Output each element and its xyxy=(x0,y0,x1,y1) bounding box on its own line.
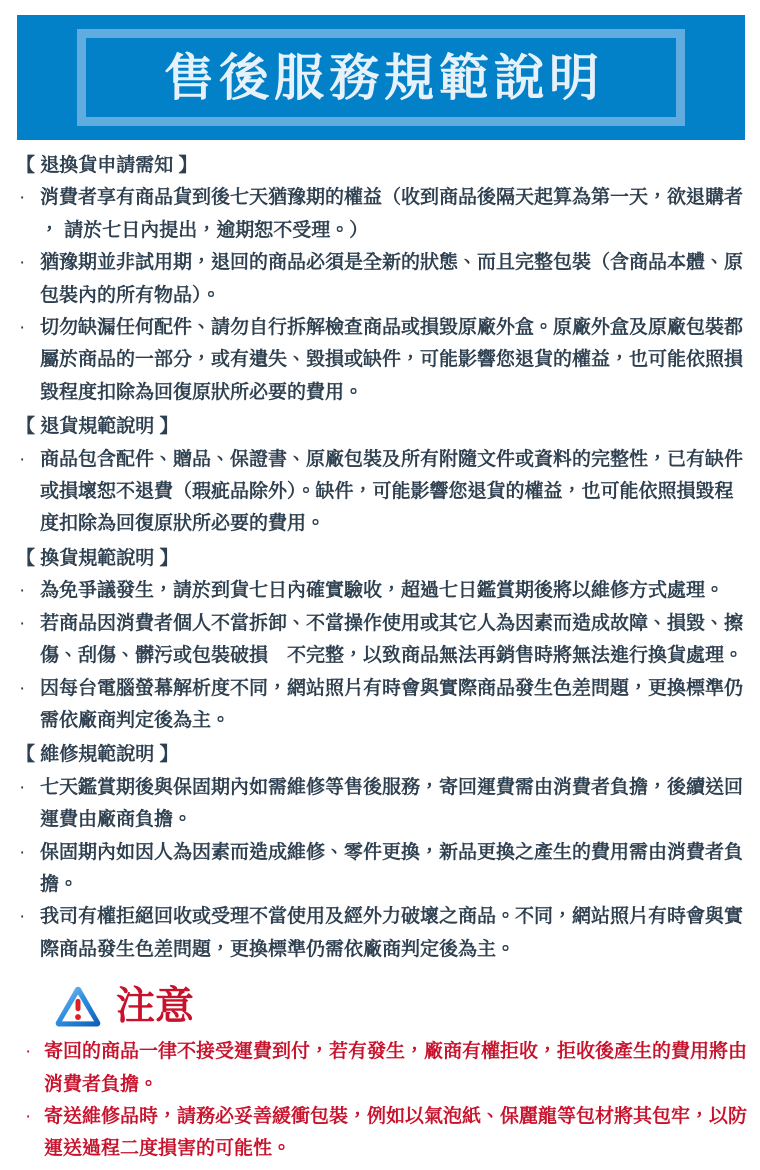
section-return-policy: 【 退貨規範說明 】 · 商品包含配件、贈品、保證書、原廠包裝及所有附隨文件或資… xyxy=(16,411,752,541)
list-item-text: 為免爭議發生，請於到貨七日內確實驗收，超過七日鑑賞期後將以維修方式處理。 xyxy=(40,575,752,607)
list-item: · 保固期內如因人為因素而造成維修、零件更換，新品更換之產生的費用需由消費者負 … xyxy=(16,837,752,902)
section-heading: 【 換貨規範說明 】 xyxy=(16,543,752,575)
list-item-text: 因每台電腦螢幕解析度不同，網站照片有時會與實際商品發生色差問題，更換標準仍 需依… xyxy=(40,673,752,738)
list-item-text: 商品包含配件、贈品、保證書、原廠包裝及所有附隨文件或資料的完整性，已有缺件 或損… xyxy=(40,444,752,541)
list-item: · 因每台電腦螢幕解析度不同，網站照片有時會與實際商品發生色差問題，更換標準仍 … xyxy=(16,673,752,738)
bullet-dot-icon: · xyxy=(25,1101,31,1133)
notice-list-item: · 寄回的商品一律不接受運費到付，若有發生，廠商有權拒收，拒收後產生的費用將由 … xyxy=(16,1036,752,1101)
notice-title: 注意 xyxy=(116,987,194,1026)
notice-item-text: 寄回的商品一律不接受運費到付，若有發生，廠商有權拒收，拒收後產生的費用將由 消費… xyxy=(44,1036,752,1101)
bullet-dot-icon: · xyxy=(19,772,25,804)
list-item-text: 我司有權拒絕回收或受理不當使用及經外力破壞之商品。不同，網站照片有時會與實 際商… xyxy=(40,901,752,966)
bullet-dot-icon: · xyxy=(19,312,25,344)
policy-body: 【 退換貨申請需知 】 · 消費者享有商品貨到後七天猶豫期的權益（收到商品後隔天… xyxy=(0,140,760,1166)
section-heading: 【 退貨規範說明 】 xyxy=(16,411,752,443)
section-repair-policy: 【 維修規範說明 】 · 七天鑑賞期後與保固期內如需維修等售後服務，寄回運費需由… xyxy=(16,739,752,966)
list-item: · 商品包含配件、贈品、保證書、原廠包裝及所有附隨文件或資料的完整性，已有缺件 … xyxy=(16,444,752,541)
list-item-text: 消費者享有商品貨到後七天猶豫期的權益（收到商品後隔天起算為第一天，欲退購者 ， … xyxy=(40,182,752,247)
bullet-dot-icon: · xyxy=(25,1036,31,1068)
list-item-text: 保固期內如因人為因素而造成維修、零件更換，新品更換之產生的費用需由消費者負 擔。 xyxy=(40,837,752,902)
banner-title-box: 售後服務規範說明 xyxy=(77,29,685,126)
list-item: · 為免爭議發生，請於到貨七日內確實驗收，超過七日鑑賞期後將以維修方式處理。 xyxy=(16,575,752,607)
notice-section: 注意 · 寄回的商品一律不接受運費到付，若有發生，廠商有權拒收，拒收後產生的費用… xyxy=(16,980,752,1166)
notice-item-text: 寄送維修品時，請務必妥善緩衝包裝，例如以氣泡紙、保麗龍等包材將其包牢，以防 運送… xyxy=(44,1101,752,1166)
list-item: · 猶豫期並非試用期，退回的商品必須是全新的狀態、而且完整包裝（含商品本體、原 … xyxy=(16,247,752,312)
bullet-dot-icon: · xyxy=(19,247,25,279)
bullet-dot-icon: · xyxy=(19,182,25,214)
bullet-dot-icon: · xyxy=(19,608,25,640)
list-item-text: 切勿缺漏任何配件、請勿自行拆解檢查商品或損毀原廠外盒。原廠外盒及原廠包裝都 屬於… xyxy=(40,312,752,409)
list-item: · 我司有權拒絕回收或受理不當使用及經外力破壞之商品。不同，網站照片有時會與實 … xyxy=(16,901,752,966)
list-item: · 消費者享有商品貨到後七天猶豫期的權益（收到商品後隔天起算為第一天，欲退購者 … xyxy=(16,182,752,247)
bullet-dot-icon: · xyxy=(19,901,25,933)
section-heading: 【 退換貨申請需知 】 xyxy=(16,150,752,182)
bullet-dot-icon: · xyxy=(19,673,25,705)
list-item-text: 猶豫期並非試用期，退回的商品必須是全新的狀態、而且完整包裝（含商品本體、原 包裝… xyxy=(40,247,752,312)
warning-triangle-icon xyxy=(54,984,102,1028)
list-item-text: 若商品因消費者個人不當拆卸、不當操作使用或其它人為因素而造成故障、損毀、擦 傷、… xyxy=(40,608,752,673)
list-item: · 七天鑑賞期後與保固期內如需維修等售後服務，寄回運費需由消費者負擔，後續送回 … xyxy=(16,772,752,837)
section-exchange-policy: 【 換貨規範說明 】 · 為免爭議發生，請於到貨七日內確實驗收，超過七日鑑賞期後… xyxy=(16,543,752,737)
list-item-text: 七天鑑賞期後與保固期內如需維修等售後服務，寄回運費需由消費者負擔，後續送回 運費… xyxy=(40,772,752,837)
page-title: 售後服務規範說明 xyxy=(158,53,604,103)
list-item: · 若商品因消費者個人不當拆卸、不當操作使用或其它人為因素而造成故障、損毀、擦 … xyxy=(16,608,752,673)
bullet-dot-icon: · xyxy=(19,575,25,607)
bullet-dot-icon: · xyxy=(19,837,25,869)
bullet-dot-icon: · xyxy=(19,444,25,476)
banner: 售後服務規範說明 xyxy=(17,15,745,140)
notice-list-item: · 寄送維修品時，請務必妥善緩衝包裝，例如以氣泡紙、保麗龍等包材將其包牢，以防 … xyxy=(16,1101,752,1166)
section-heading: 【 維修規範說明 】 xyxy=(16,739,752,771)
service-policy-page: 售後服務規範說明 【 退換貨申請需知 】 · 消費者享有商品貨到後七天猶豫期的權… xyxy=(0,15,760,1166)
section-return-exchange-request: 【 退換貨申請需知 】 · 消費者享有商品貨到後七天猶豫期的權益（收到商品後隔天… xyxy=(16,150,752,409)
notice-header: 注意 xyxy=(54,980,752,1032)
list-item: · 切勿缺漏任何配件、請勿自行拆解檢查商品或損毀原廠外盒。原廠外盒及原廠包裝都 … xyxy=(16,312,752,409)
